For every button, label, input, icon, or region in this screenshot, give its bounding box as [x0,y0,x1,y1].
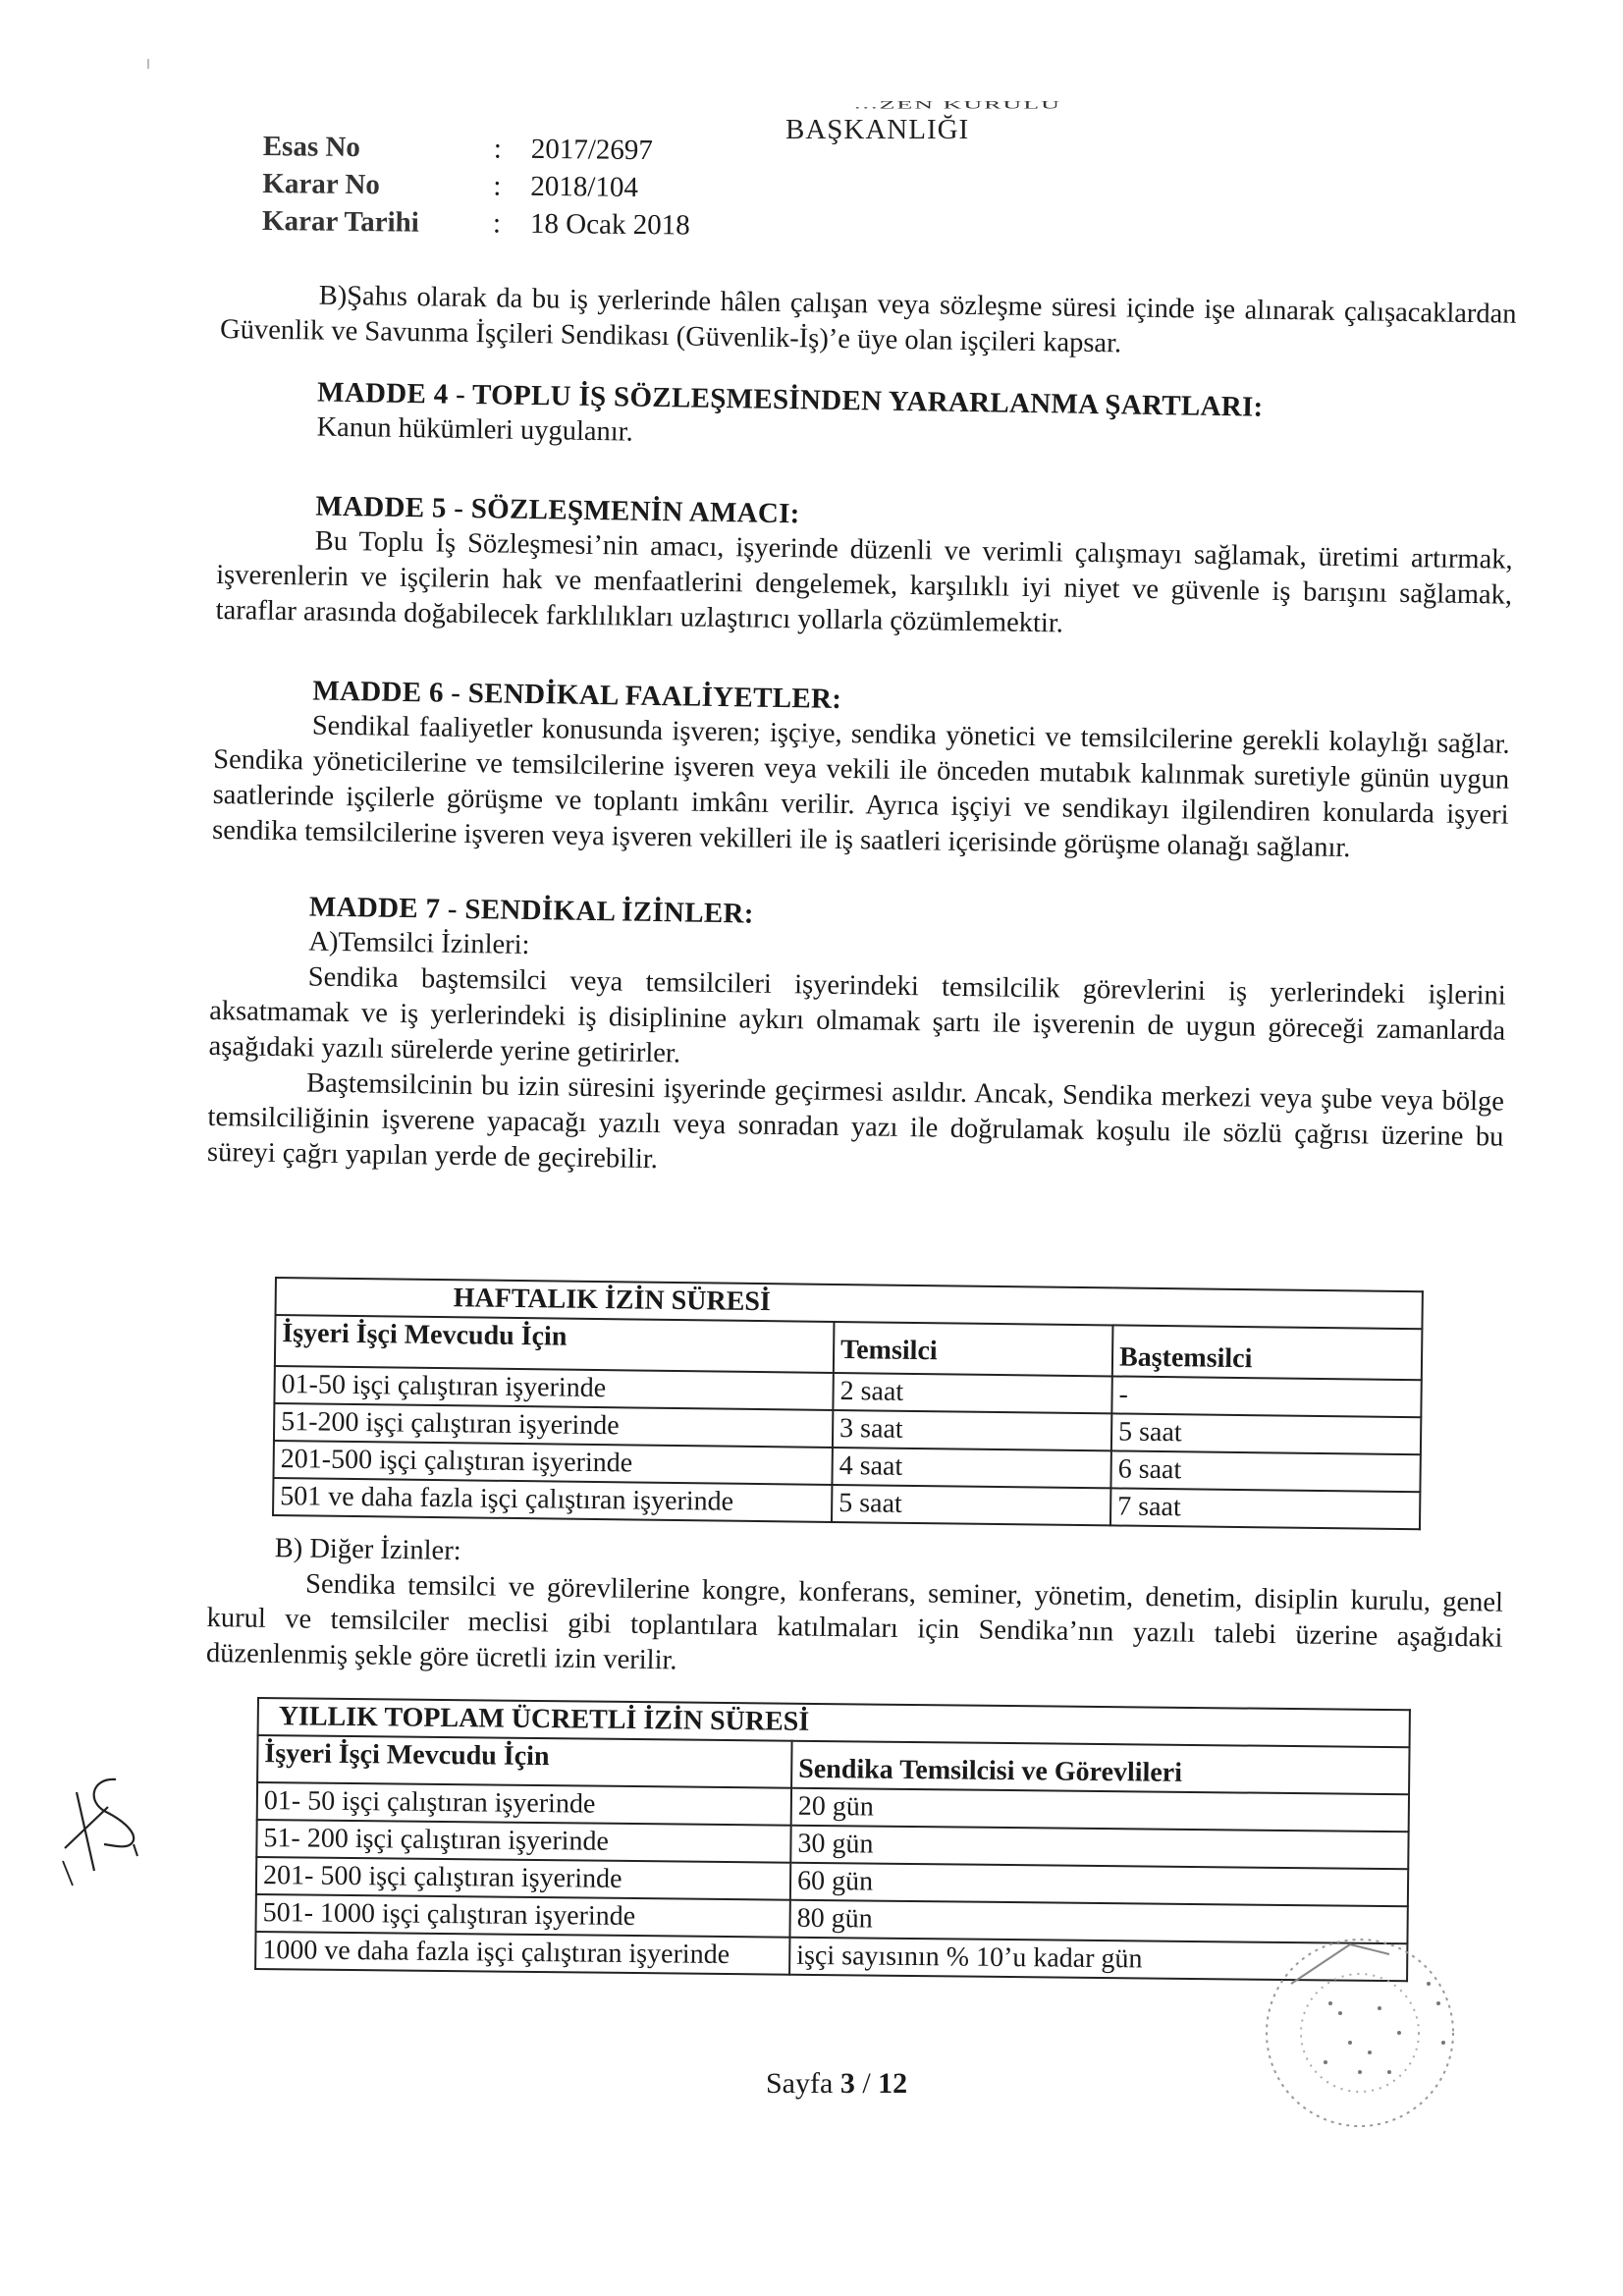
meta-value: 2017/2697 [531,131,653,169]
body-section-lower: B) Diğer İzinler: Sendika temsilci ve gö… [206,1530,1504,1692]
column-header: İşyeri İşçi Mevcudu İçin [257,1735,791,1788]
meta-label: Karar Tarihi [262,202,493,242]
meta-karar-no: Karar No : 2018/104 [262,165,690,207]
meta-colon: : [493,204,530,242]
meta-colon: : [493,167,530,204]
table-cell: - [1111,1376,1421,1417]
table-cell: 3 saat [833,1410,1111,1450]
table-cell: 01- 50 işçi çalıştıran işyerinde [257,1782,791,1826]
madde-6-text: Sendikal faaliyetler konusunda işveren; … [212,707,1510,869]
page-total: 12 [878,2067,907,2100]
page-current: 3 [840,2067,855,2100]
madde-7-para-b: Sendika temsilci ve görevlilerine kongre… [206,1565,1504,1692]
table-cell: 501 ve daha fazla işçi çalıştıran işyeri… [273,1478,832,1522]
body-section-upper: B)Şahıs olarak da bu iş yerlerinde hâlen… [207,277,1517,1191]
table-cell: 5 saat [832,1485,1110,1525]
meta-esas-no: Esas No : 2017/2697 [263,128,691,170]
table-cell: 30 gün [790,1826,1408,1870]
weekly-leave-table: HAFTALIK İZİN SÜRESİ İşyeri İşçi Mevcudu… [272,1277,1424,1530]
table-cell: 201- 500 işçi çalıştıran işyerinde [256,1857,790,1900]
table-cell: 6 saat [1110,1450,1420,1492]
org-name-partial: ...ZEN KURULU [854,98,1061,112]
page-footer: Sayfa 3 / 12 [766,2067,907,2101]
meta-label: Esas No [263,128,494,167]
column-header: Baştemsilci [1112,1325,1423,1380]
table-cell: 51- 200 işçi çalıştıran işyerinde [256,1820,790,1863]
table-cell: 501- 1000 işçi çalıştıran işyerinde [255,1894,789,1938]
meta-value: 18 Ocak 2018 [530,205,690,245]
meta-value: 2018/104 [530,168,638,206]
page-separator: / [862,2067,870,2100]
meta-label: Karar No [262,165,493,204]
case-metadata: Esas No : 2017/2697 Karar No : 2018/104 … [262,128,691,245]
table-cell: 7 saat [1110,1488,1420,1529]
org-title: BAŞKANLIĞI [785,114,969,146]
table-cell: 1000 ve daha fazla işçi çalıştıran işyer… [255,1932,789,1975]
column-header: Sendika Temsilcisi ve Görevlileri [791,1741,1409,1795]
intro-paragraph: B)Şahıs olarak da bu iş yerlerinde hâlen… [220,277,1517,368]
handwritten-initial-icon [47,1768,145,1895]
table-cell: 2 saat [833,1373,1111,1413]
weekly-leave-table-wrap: HAFTALIK İZİN SÜRESİ İşyeri İşçi Mevcudu… [272,1277,1424,1530]
table-cell: 5 saat [1111,1413,1421,1454]
document-page: ...ZEN KURULU BAŞKANLIĞI Esas No : 2017/… [0,0,1623,2296]
scan-artifact [147,59,149,69]
table-cell: 4 saat [832,1448,1110,1488]
madde-7-para-a1: Sendika baştemsilci veya temsilcileri iş… [208,958,1506,1085]
meta-karar-tarihi: Karar Tarihi : 18 Ocak 2018 [262,202,690,245]
table-cell: 60 gün [790,1863,1408,1907]
madde-7-para-a2: Baştemsilcinin bu izin süresini işyerind… [207,1065,1505,1191]
madde-5-text: Bu Toplu İş Sözleşmesi’nin amacı, işyeri… [215,522,1513,649]
column-header: Temsilci [834,1322,1113,1376]
meta-colon: : [494,130,531,167]
page-label: Sayfa [766,2067,833,2100]
table-cell: 20 gün [791,1788,1409,1832]
official-stamp-icon [1232,1925,1488,2141]
column-header: İşyeri İşçi Mevcudu İçin [275,1315,835,1373]
